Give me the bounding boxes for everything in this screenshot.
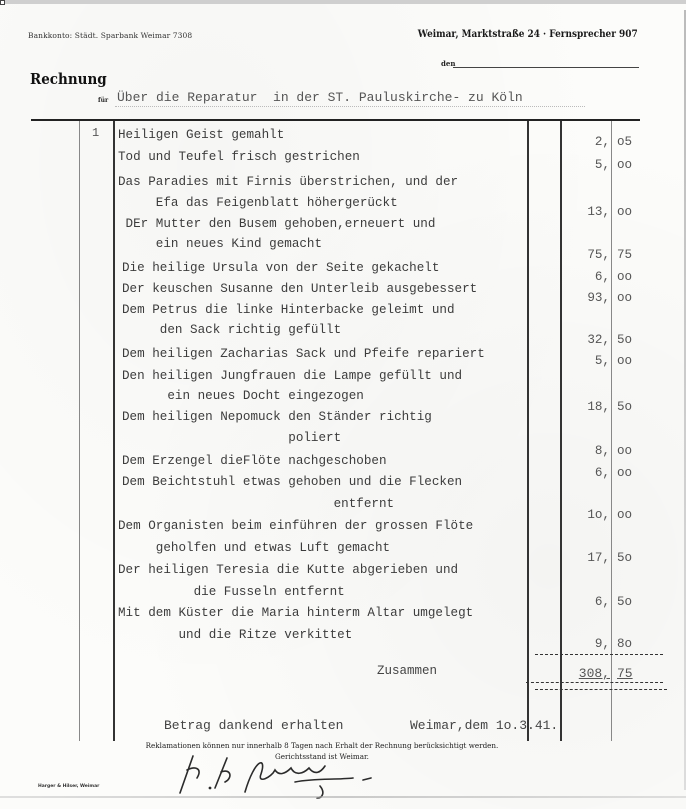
scan-top-edge xyxy=(0,0,686,4)
date-line xyxy=(453,67,639,68)
invoice-line: DEr Mutter den Busem gehoben,erneuert un… xyxy=(118,217,435,231)
amount-major: 18, xyxy=(550,400,610,414)
invoice-line: die Fusseln entfernt xyxy=(118,585,345,599)
invoice-line: Die heilige Ursula von der Seite gekache… xyxy=(122,261,439,275)
invoice-line: den Sack richtig gefüllt xyxy=(122,323,341,337)
amount-minor: 75 xyxy=(617,248,632,262)
amount-minor: oo xyxy=(617,205,632,219)
amount-minor: 8o xyxy=(617,637,632,651)
amount-major: 6, xyxy=(550,270,610,284)
amount-major: 5, xyxy=(550,158,610,172)
amount-minor: 5o xyxy=(617,551,632,565)
invoice-line: Dem heiligen Nepomuck den Ständer richti… xyxy=(122,410,432,424)
amount-major: 2, xyxy=(550,135,610,149)
invoice-line: Das Paradies mit Firnis überstrichen, un… xyxy=(118,175,458,189)
amount-major: 32, xyxy=(550,333,610,347)
invoice-line: Dem Organisten beim einführen der grosse… xyxy=(118,519,473,533)
amount-minor: oo xyxy=(617,270,632,284)
invoice-line: Dem Erzengel dieFlöte nachgeschoben xyxy=(122,454,387,468)
column-divider xyxy=(79,121,80,741)
table-header-rule xyxy=(31,119,640,121)
amount-minor: oo xyxy=(617,444,632,458)
scan-bottom-edge xyxy=(0,796,686,798)
invoice-line: ein neues Kind gemacht xyxy=(118,237,322,251)
invoice-line: entfernt xyxy=(122,497,394,511)
total-amount-minor: 75 xyxy=(617,666,633,681)
invoice-document: Bankkonto: Städt. Sparbank Weimar 7308 W… xyxy=(0,0,686,809)
amount-minor: oo xyxy=(617,158,632,172)
invoice-line: geholfen und etwas Luft gemacht xyxy=(118,541,390,555)
invoice-line: Efa das Feigenblatt höhergerückt xyxy=(118,196,398,210)
invoice-line: Den heiligen Jungfrauen die Lampe gefüll… xyxy=(122,369,462,383)
total-amount-major: 308, xyxy=(550,666,610,681)
invoice-line: Tod und Teufel frisch gestrichen xyxy=(118,150,360,164)
amount-major: 75, xyxy=(550,248,610,262)
position-number: 1 xyxy=(92,126,99,140)
invoice-line: Dem Beichtstuhl etwas gehoben und die Fl… xyxy=(122,475,462,489)
amount-major: 6, xyxy=(550,595,610,609)
invoice-line: poliert xyxy=(122,431,341,445)
amount-minor: 5o xyxy=(617,400,632,414)
amount-minor: oo xyxy=(617,291,632,305)
amount-minor: oo xyxy=(617,508,632,522)
invoice-line: ein neues Docht eingezogen xyxy=(122,389,364,403)
amount-minor: 5o xyxy=(617,595,632,609)
total-label: Zusammen xyxy=(377,664,437,678)
sum-rule xyxy=(535,654,663,655)
invoice-line: Heiligen Geist gemahlt xyxy=(118,128,284,142)
amount-major: 5, xyxy=(550,354,610,368)
amount-minor: 5o xyxy=(617,333,632,347)
subject-rule xyxy=(115,106,585,107)
invoice-line: Der keuschen Susanne den Unterleib ausge… xyxy=(122,282,477,296)
amount-major: 93, xyxy=(550,291,610,305)
invoice-line: Der heiligen Teresia die Kutte abgeriebe… xyxy=(118,563,458,577)
amount-major: 8, xyxy=(550,444,610,458)
column-divider xyxy=(113,121,115,741)
amount-minor: o5 xyxy=(617,135,632,149)
invoice-line: Mit dem Küster die Maria hinterm Altar u… xyxy=(118,606,473,620)
amount-minor: oo xyxy=(617,466,632,480)
amount-major: 13, xyxy=(550,205,610,219)
printer-imprint: Harger & Hilser, Weimar xyxy=(38,784,99,789)
invoice-line: Dem heiligen Zacharias Sack und Pfeife r… xyxy=(122,347,485,361)
amount-major: 1o, xyxy=(550,508,610,522)
amount-minor: oo xyxy=(617,354,632,368)
amount-major: 17, xyxy=(550,551,610,565)
total-double-rule xyxy=(535,689,667,690)
business-address: Weimar, Marktstraße 24 · Fernsprecher 90… xyxy=(418,28,638,40)
document-title: Rechnung xyxy=(30,70,107,88)
column-divider xyxy=(611,121,612,741)
invoice-subject: Über die Reparatur in der ST. Pauluskirc… xyxy=(117,90,523,105)
bank-account: Bankkonto: Städt. Sparbank Weimar 7308 xyxy=(28,31,192,40)
place-and-date: Weimar,dem 1o.3.41. xyxy=(410,718,558,733)
invoice-line: und die Ritze verkittet xyxy=(118,628,352,642)
for-label: für xyxy=(98,97,108,104)
total-rule xyxy=(526,682,663,683)
amount-major: 6, xyxy=(550,466,610,480)
scan-corner-mark xyxy=(0,0,5,5)
column-divider xyxy=(527,121,529,741)
payment-received-note: Betrag dankend erhalten xyxy=(164,718,343,733)
invoice-line: Dem Petrus die linke Hinterbacke geleimt… xyxy=(122,303,455,317)
amount-major: 9, xyxy=(550,637,610,651)
signature xyxy=(175,748,375,800)
